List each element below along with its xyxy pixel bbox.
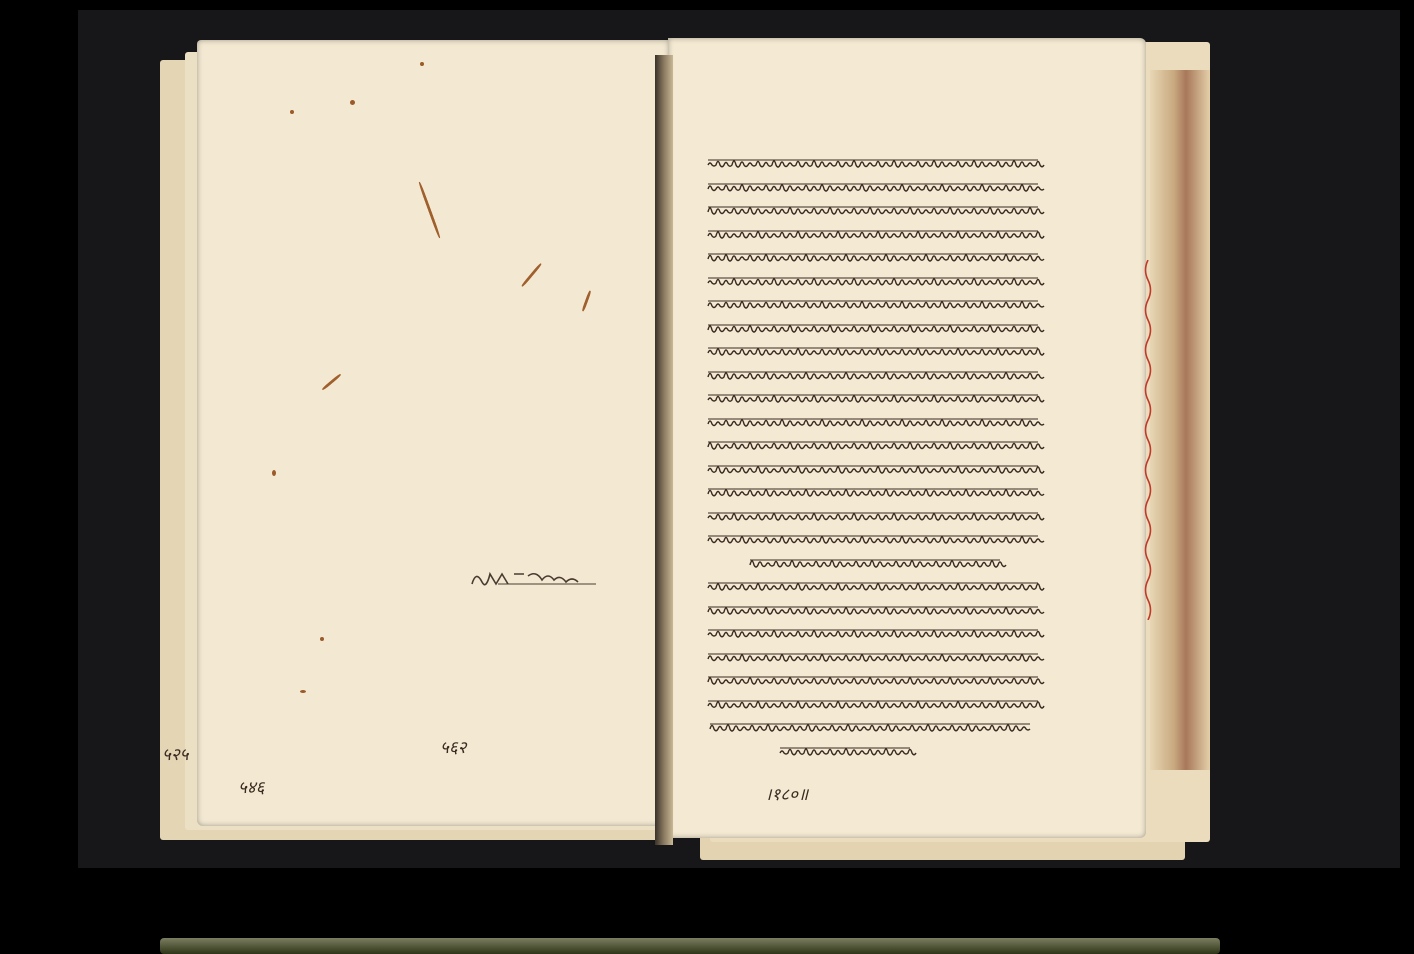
script-line (708, 367, 1038, 385)
script-line (708, 343, 1038, 361)
page-edges (1150, 70, 1210, 770)
script-line (708, 414, 1038, 432)
script-line (708, 484, 1038, 502)
stain (300, 690, 306, 693)
script-line (708, 531, 1038, 549)
script-line (708, 155, 1038, 173)
script-line (708, 202, 1038, 220)
script-line (708, 649, 1038, 667)
folio-number: ।१८०॥ (765, 782, 808, 805)
stain (420, 62, 424, 66)
stain (350, 100, 355, 105)
script-line (710, 719, 1030, 737)
stain (290, 110, 294, 114)
red-margin-annotation (1141, 260, 1155, 620)
book-gutter (655, 55, 673, 845)
script-line (750, 555, 1000, 573)
script-line (708, 390, 1038, 408)
script-line (708, 672, 1038, 690)
stain (272, 470, 276, 476)
bottom-bar (160, 938, 1220, 954)
folio-number: ५४६ (238, 775, 265, 798)
left-page (197, 40, 669, 826)
folio-number: ५६२ (440, 735, 467, 758)
script-line (708, 249, 1038, 267)
script-line (708, 602, 1038, 620)
script-line (708, 320, 1038, 338)
script-line (708, 273, 1038, 291)
script-line (708, 296, 1038, 314)
script-line (708, 625, 1038, 643)
script-line (708, 226, 1038, 244)
script-line (780, 743, 910, 761)
script-line (708, 461, 1038, 479)
stain (320, 637, 324, 641)
script-line (708, 578, 1038, 596)
stamp-inscription (468, 566, 598, 592)
folio-number: ५२५ (162, 742, 189, 765)
script-line (708, 179, 1038, 197)
script-line (708, 508, 1038, 526)
script-line (708, 696, 1038, 714)
script-line (708, 437, 1038, 455)
